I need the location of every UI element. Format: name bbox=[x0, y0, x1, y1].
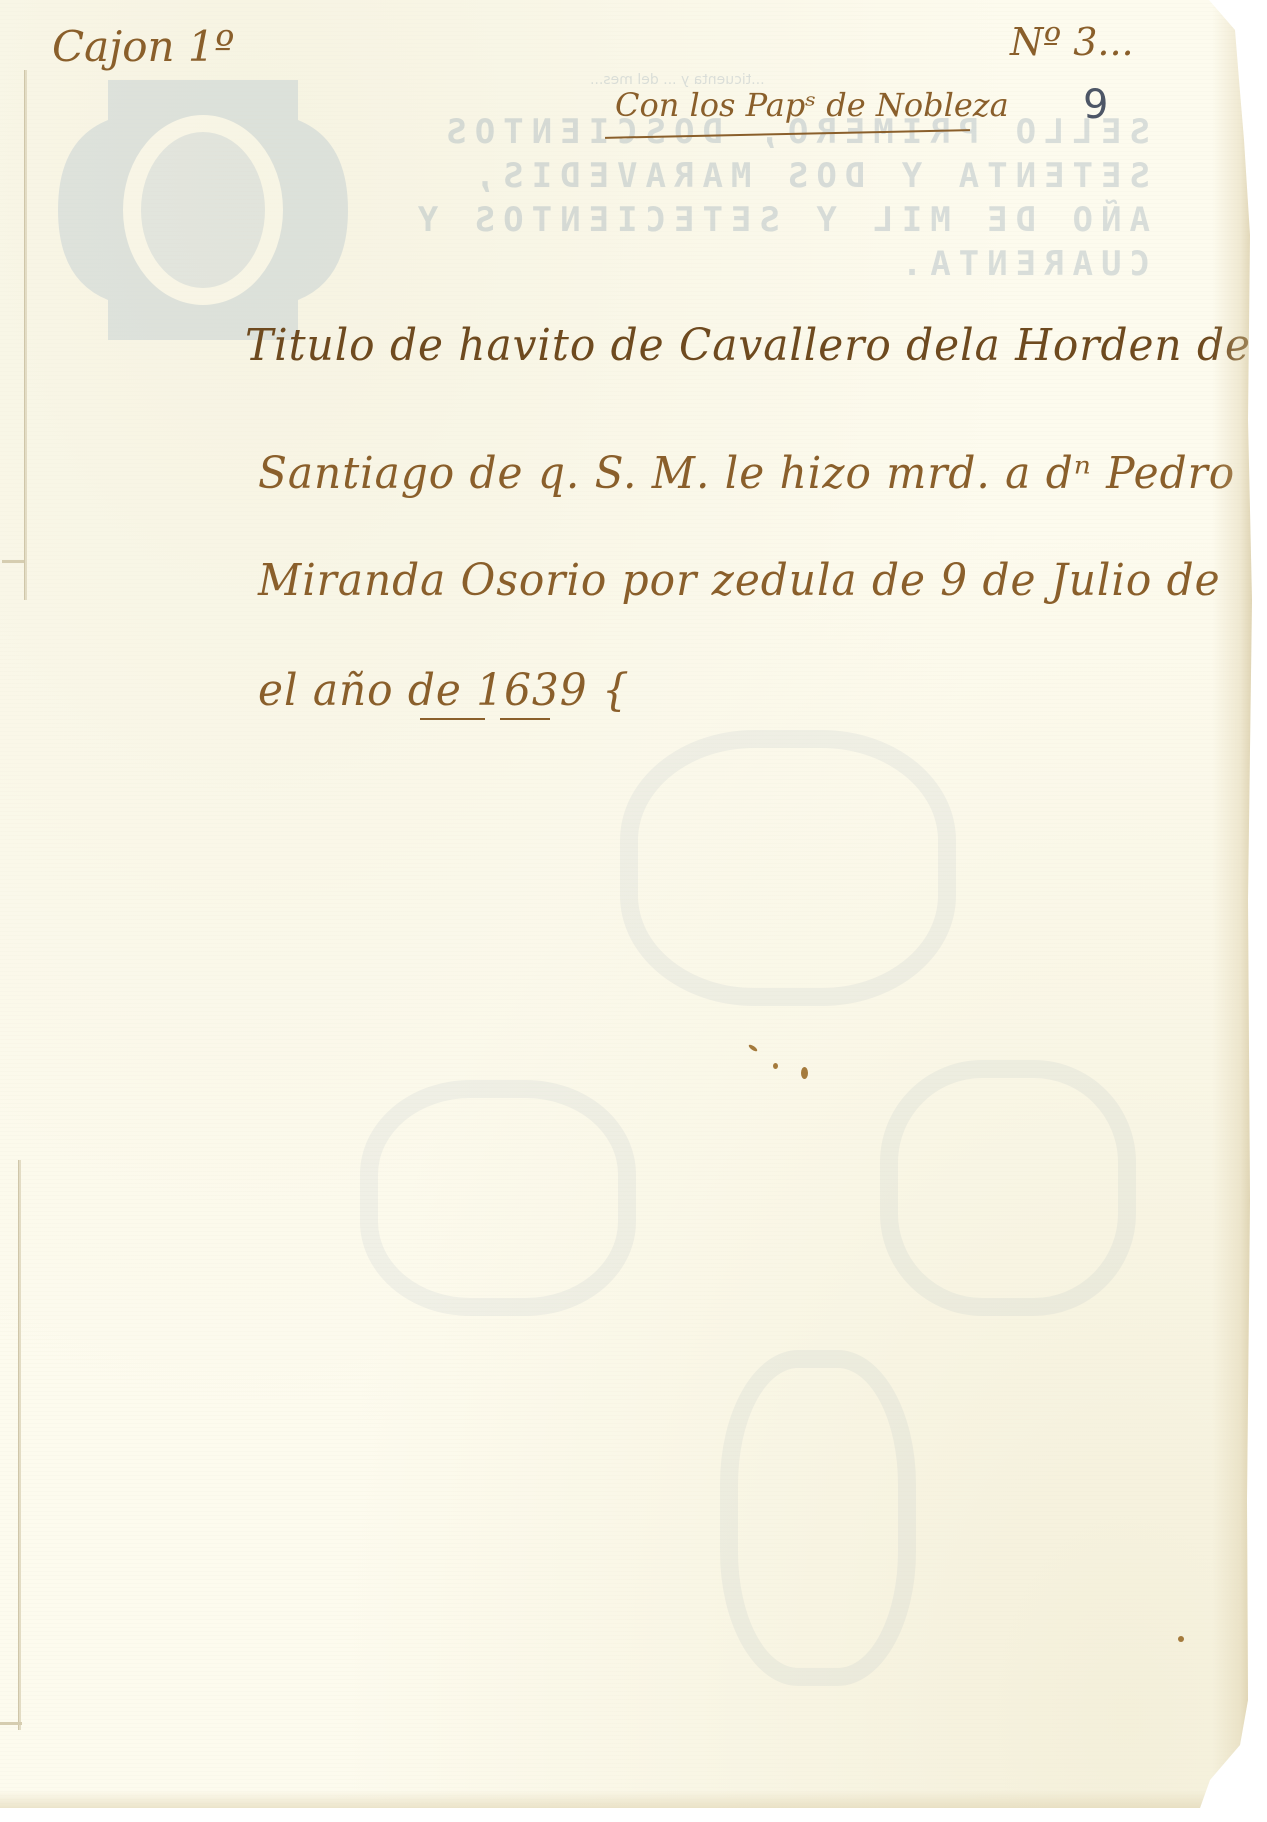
year-underline bbox=[420, 718, 485, 720]
section-title: Con los Papˢ de Nobleza bbox=[615, 86, 1009, 124]
body-line-3: Miranda Osorio por zedula de 9 de Julio … bbox=[258, 555, 1221, 606]
year-underline bbox=[500, 718, 550, 720]
folio-number: 9 bbox=[1083, 82, 1108, 128]
ink-spot bbox=[773, 1063, 778, 1069]
torn-edge-stain bbox=[1212, 0, 1252, 1808]
ink-spot bbox=[801, 1067, 808, 1079]
ink-spot bbox=[748, 1043, 758, 1052]
seal-show-through-text: SELLO PRIMERO, DOSCIENTOSSETENTA Y DOS M… bbox=[400, 110, 1150, 286]
body-line-1: Titulo de havito de Cavallero dela Horde… bbox=[245, 320, 1251, 371]
binding-knot bbox=[2, 560, 24, 563]
box-reference-note: Cajon 1º bbox=[52, 22, 234, 71]
document-number-note: Nº 3... bbox=[1010, 20, 1134, 64]
binding-thread bbox=[24, 70, 27, 600]
show-through-shape bbox=[880, 1060, 1136, 1316]
ink-spot bbox=[1178, 1636, 1184, 1642]
body-line-2: Santiago de q. S. M. le hizo mrd. a dⁿ P… bbox=[258, 448, 1267, 499]
stamp-seal-show-through bbox=[48, 60, 358, 360]
bottom-edge bbox=[0, 1790, 1252, 1808]
show-through-shape bbox=[360, 1080, 636, 1316]
manuscript-page: ...ticuenta y ... del mes... SELLO PRIME… bbox=[0, 0, 1252, 1808]
show-through-shape bbox=[620, 730, 956, 1006]
binding-thread bbox=[18, 1160, 21, 1730]
body-line-4: el año de 1639 { bbox=[258, 665, 630, 716]
show-through-shape bbox=[720, 1350, 916, 1686]
binding-knot bbox=[0, 1722, 22, 1725]
